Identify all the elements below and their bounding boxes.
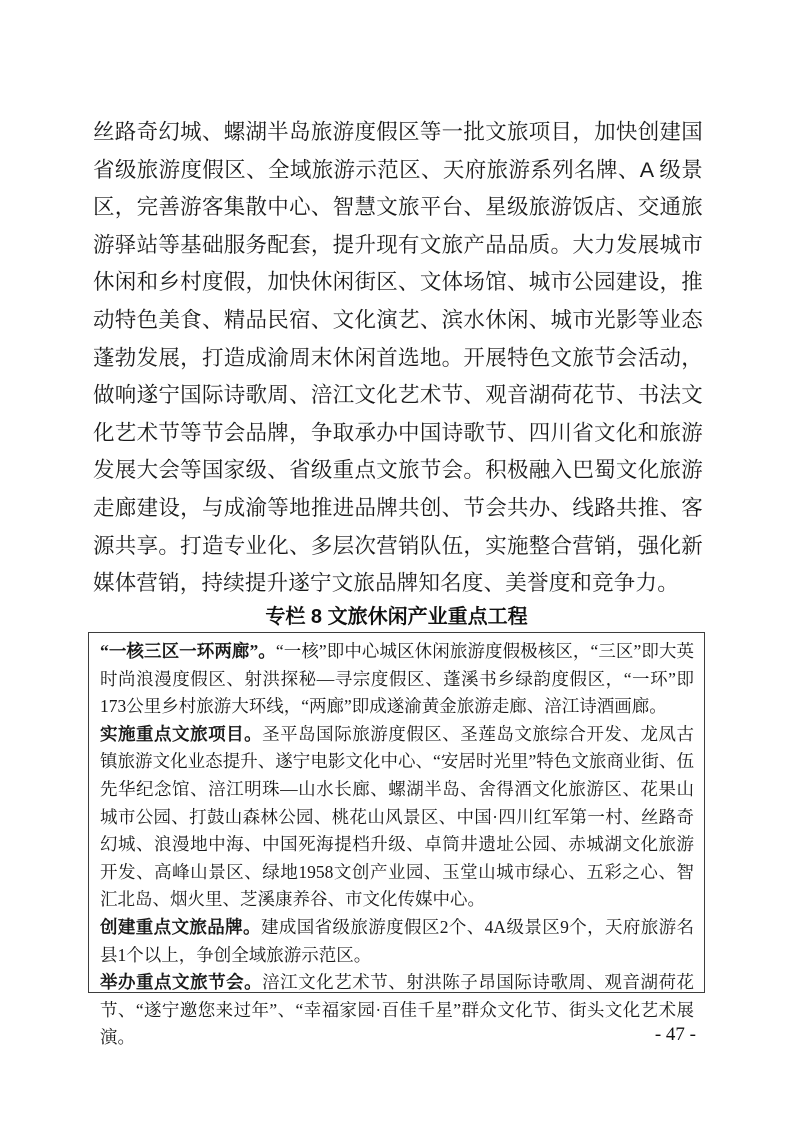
- panel-item-key-projects: 实施重点文旅项目。圣平岛国际旅游度假区、圣莲岛文旅综合开发、龙凤古镇旅游文化业态…: [100, 721, 694, 914]
- panel-item-text: 圣平岛国际旅游度假区、圣莲岛文旅综合开发、龙凤古镇旅游文化业态提升、遂宁电影文化…: [100, 724, 694, 910]
- panel-item-lead: “一核三区一环两廊”。: [100, 641, 276, 661]
- panel-title: 专栏 8 文旅休闲产业重点工程: [0, 600, 793, 629]
- panel-item-key-festivals: 举办重点文旅节会。涪江文化艺术节、射洪陈子昂国际诗歌周、观音湖荷花节、“遂宁邀您…: [100, 969, 694, 1052]
- panel-item-lead: 创建重点文旅品牌。: [100, 917, 261, 937]
- key-projects-panel: “一核三区一环两廊”。“一核”即中心城区休闲旅游度假极核区，“三区”即大英时尚浪…: [88, 632, 705, 993]
- body-paragraph: 丝路奇幻城、螺湖半岛旅游度假区等一批文旅项目，加快创建国省级旅游度假区、全域旅游…: [93, 114, 703, 603]
- panel-item-lead: 实施重点文旅项目。: [100, 724, 262, 744]
- panel-item-lead: 举办重点文旅节会。: [100, 972, 262, 992]
- document-page: 丝路奇幻城、螺湖半岛旅游度假区等一批文旅项目，加快创建国省级旅游度假区、全域旅游…: [0, 0, 793, 1122]
- page-number: - 47 -: [655, 1024, 696, 1046]
- panel-item-spatial-layout: “一核三区一环两廊”。“一核”即中心城区休闲旅游度假极核区，“三区”即大英时尚浪…: [100, 638, 694, 721]
- panel-item-key-brands: 创建重点文旅品牌。建成国省级旅游度假区2个、4A级景区9个，天府旅游名县1个以上…: [100, 914, 694, 969]
